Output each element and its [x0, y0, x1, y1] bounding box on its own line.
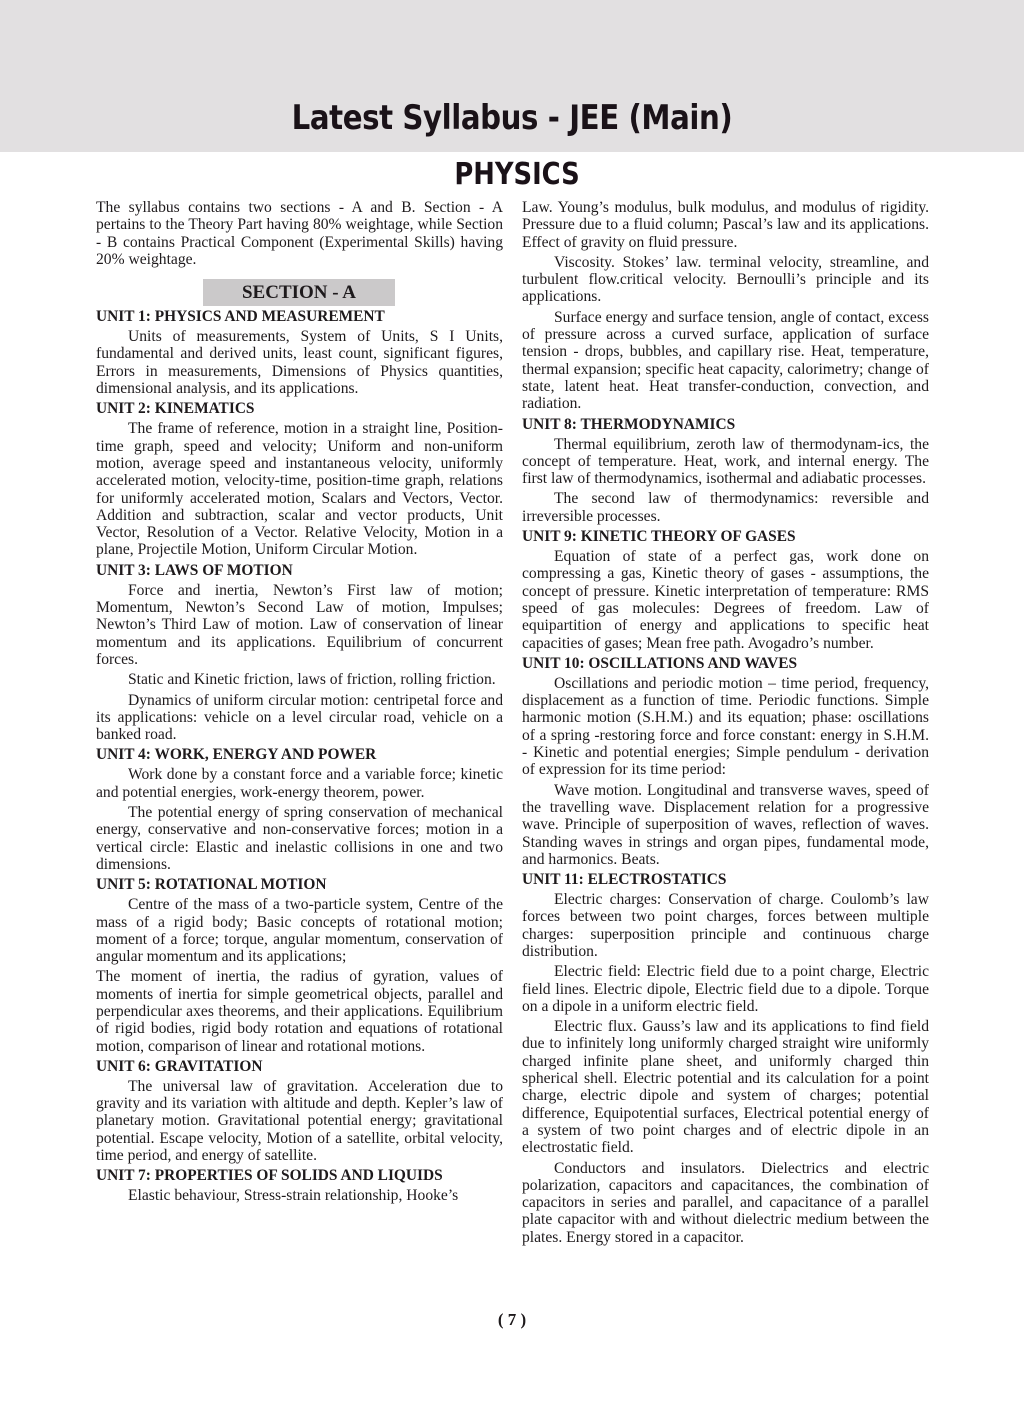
- unit-1-paragraph: Units of measurements, System of Units, …: [96, 328, 503, 397]
- unit-4-paragraph: The potential energy of spring conservat…: [96, 804, 503, 873]
- unit-2-paragraph: The frame of reference, motion in a stra…: [96, 420, 503, 558]
- unit-8-paragraph: Thermal equilibrium, zeroth law of therm…: [522, 436, 929, 488]
- unit-5-paragraph: Centre of the mass of a two-particle sys…: [96, 896, 503, 965]
- unit-10-heading: UNIT 10: OSCILLATIONS AND WAVES: [522, 655, 929, 673]
- unit-3-paragraph: Force and inertia, Newton’s First law of…: [96, 582, 503, 668]
- unit-7-paragraph-start: Elastic behaviour, Stress-strain relatio…: [96, 1187, 503, 1204]
- right-column: Law. Young’s modulus, bulk modulus, and …: [522, 199, 929, 1249]
- unit-5-paragraph: The moment of inertia, the radius of gyr…: [96, 968, 503, 1054]
- unit-7-paragraph: Surface energy and surface tension, angl…: [522, 309, 929, 413]
- unit-4-paragraph: Work done by a constant force and a vari…: [96, 766, 503, 801]
- left-column: The syllabus contains two sections - A a…: [96, 199, 503, 1208]
- unit-8-paragraph: The second law of thermodynamics: revers…: [522, 490, 929, 525]
- page-number: ( 7 ): [0, 1310, 1024, 1330]
- unit-10-paragraph: Oscillations and periodic motion – time …: [522, 675, 929, 779]
- unit-1-heading: UNIT 1: PHYSICS AND MEASUREMENT: [96, 308, 503, 326]
- unit-3-paragraph: Dynamics of uniform circular motion: cen…: [96, 692, 503, 744]
- unit-10-paragraph: Wave motion. Longitudinal and transverse…: [522, 782, 929, 868]
- unit-11-paragraph: Conductors and insulators. Dielectrics a…: [522, 1160, 929, 1246]
- section-a-label: SECTION - A: [203, 279, 395, 306]
- unit-9-heading: UNIT 9: KINETIC THEORY OF GASES: [522, 528, 929, 546]
- unit-2-heading: UNIT 2: KINEMATICS: [96, 400, 503, 418]
- unit-9-paragraph: Equation of state of a perfect gas, work…: [522, 548, 929, 652]
- unit-11-heading: UNIT 11: ELECTROSTATICS: [522, 871, 929, 889]
- unit-7-heading: UNIT 7: PROPERTIES OF SOLIDS AND LIQUIDS: [96, 1167, 503, 1185]
- unit-5-heading: UNIT 5: ROTATIONAL MOTION: [96, 876, 503, 894]
- unit-11-paragraph: Electric flux. Gauss’s law and its appli…: [522, 1018, 929, 1156]
- unit-6-paragraph: The universal law of gravitation. Accele…: [96, 1078, 503, 1164]
- unit-11-paragraph: Electric charges: Conservation of charge…: [522, 891, 929, 960]
- unit-3-paragraph: Static and Kinetic friction, laws of fri…: [96, 671, 503, 688]
- unit-11-paragraph: Electric field: Electric field due to a …: [522, 963, 929, 1015]
- unit-7-paragraph: Viscosity. Stokes’ law. terminal velocit…: [522, 254, 929, 306]
- intro-paragraph: The syllabus contains two sections - A a…: [96, 199, 503, 268]
- unit-8-heading: UNIT 8: THERMODYNAMICS: [522, 416, 929, 434]
- page-title: Latest Syllabus - JEE (Main): [72, 98, 953, 138]
- subject-title: PHYSICS: [72, 157, 961, 192]
- unit-3-heading: UNIT 3: LAWS OF MOTION: [96, 562, 503, 580]
- unit-6-heading: UNIT 6: GRAVITATION: [96, 1058, 503, 1076]
- unit-7-paragraph-continued: Law. Young’s modulus, bulk modulus, and …: [522, 199, 929, 251]
- unit-4-heading: UNIT 4: WORK, ENERGY AND POWER: [96, 746, 503, 764]
